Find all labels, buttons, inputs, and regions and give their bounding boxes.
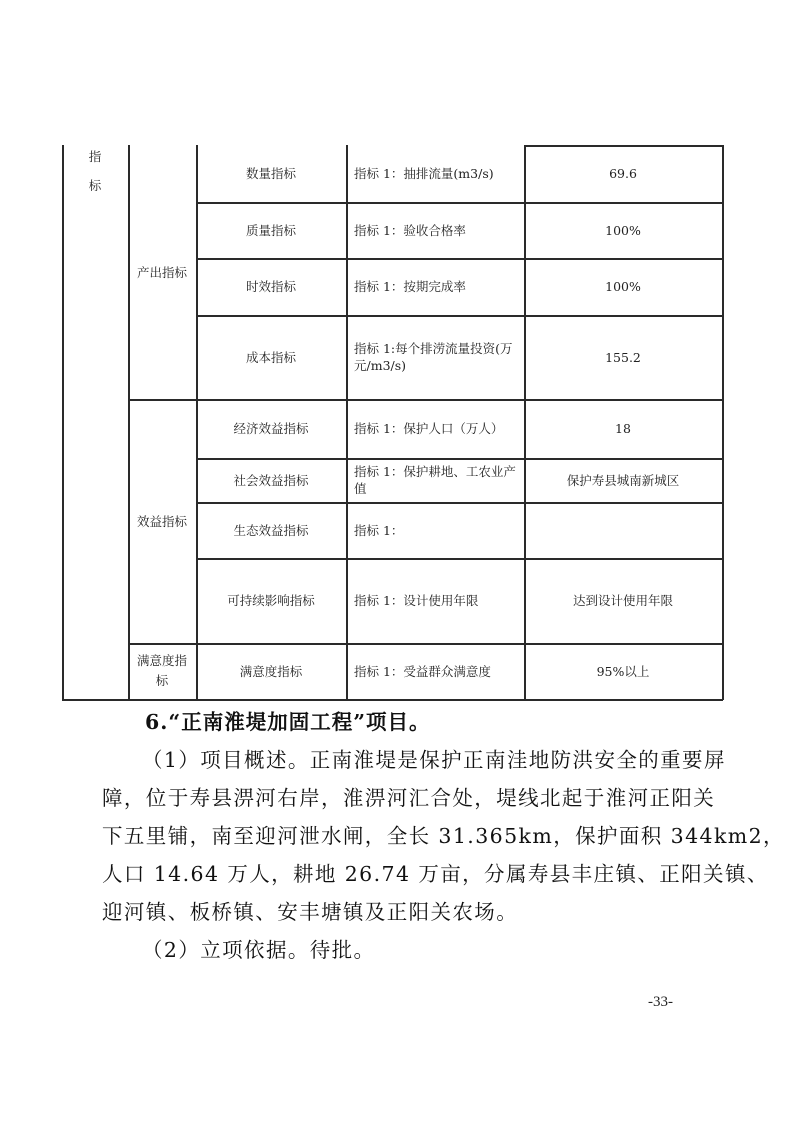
level2-cell: 社会效益指标 bbox=[196, 458, 346, 502]
level1-label-char1: 指 bbox=[89, 148, 102, 165]
indicator-cell: 指标 1： bbox=[346, 502, 524, 558]
group-label-benefit: 效益指标 bbox=[128, 399, 196, 643]
indicator-cell: 指标 1：保护耕地、工农业产值 bbox=[346, 458, 524, 502]
indicator-cell: 指标 1：按期完成率 bbox=[346, 258, 524, 315]
body-line: （2）立项依据。待批。 bbox=[142, 932, 742, 968]
table-border-right bbox=[722, 145, 724, 700]
value-cell: 达到设计使用年限 bbox=[524, 558, 722, 643]
level2-cell: 可持续影响指标 bbox=[196, 558, 346, 643]
level2-cell: 满意度指标 bbox=[196, 643, 346, 699]
indicator-cell: 指标 1：受益群众满意度 bbox=[346, 643, 524, 699]
value-cell: 保护寿县城南新城区 bbox=[524, 458, 722, 502]
level2-cell: 数量指标 bbox=[196, 145, 346, 202]
indicator-cell: 指标 1：抽排流量(m3/s) bbox=[346, 145, 524, 202]
level1-label-char2: 标 bbox=[89, 177, 102, 194]
indicator-cell: 指标 1:每个排涝流量投资(万元/m3/s) bbox=[346, 315, 524, 399]
group-label-satisfaction: 满意度指标 bbox=[128, 643, 196, 699]
value-cell: 69.6 bbox=[524, 145, 722, 202]
indicator-cell: 指标 1：保护人口（万人） bbox=[346, 399, 524, 458]
value-cell: 18 bbox=[524, 399, 722, 458]
body-line: 障，位于寿县淠河右岸，淮淠河汇合处，堤线北起于淮河正阳关 bbox=[102, 780, 702, 816]
level2-cell: 时效指标 bbox=[196, 258, 346, 315]
body-line: 下五里铺，南至迎河泄水闸，全长 31.365km，保护面积 344km2， bbox=[102, 818, 702, 854]
level2-cell: 成本指标 bbox=[196, 315, 346, 399]
level1-label: 指 标 bbox=[62, 148, 128, 198]
body-line: 人口 14.64 万人，耕地 26.74 万亩，分属寿县丰庄镇、正阳关镇、 bbox=[102, 856, 702, 892]
table-border-bottom bbox=[62, 699, 723, 701]
body-line: 迎河镇、板桥镇、安丰塘镇及正阳关农场。 bbox=[102, 894, 702, 930]
page-number: -33- bbox=[648, 994, 673, 1011]
table-border-left bbox=[62, 145, 64, 700]
body-line: （1）项目概述。正南淮堤是保护正南洼地防洪安全的重要屏 bbox=[142, 742, 742, 778]
value-cell: 100% bbox=[524, 202, 722, 258]
level2-cell: 生态效益指标 bbox=[196, 502, 346, 558]
level2-cell: 经济效益指标 bbox=[196, 399, 346, 458]
value-cell bbox=[524, 502, 722, 558]
indicator-cell: 指标 1：验收合格率 bbox=[346, 202, 524, 258]
value-cell: 95%以上 bbox=[524, 643, 722, 699]
section-heading: 6.“正南淮堤加固工程”项目。 bbox=[145, 704, 745, 740]
value-cell: 100% bbox=[524, 258, 722, 315]
group-label-output: 产出指标 bbox=[128, 145, 196, 399]
indicator-cell: 指标 1：设计使用年限 bbox=[346, 558, 524, 643]
value-cell: 155.2 bbox=[524, 315, 722, 399]
level2-cell: 质量指标 bbox=[196, 202, 346, 258]
